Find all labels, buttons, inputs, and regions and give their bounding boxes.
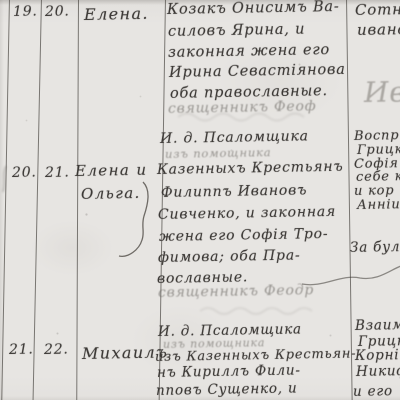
row2-number-male: 20. bbox=[12, 165, 37, 181]
row1-number-female: 20. bbox=[45, 4, 70, 20]
bleed-squiggle-2 bbox=[200, 303, 320, 317]
row1-entry-line: силовъ Ярина, и bbox=[168, 22, 305, 40]
row2-witness-line: За бул bbox=[350, 239, 400, 256]
column-line-5 bbox=[346, 0, 353, 400]
row1-witness-line: ивановъ bbox=[357, 20, 400, 39]
row3-witness-line: и его bbox=[353, 383, 393, 400]
row2-entry-line: Филиппъ Ивановъ bbox=[161, 182, 307, 201]
row2-number-female: 21. bbox=[45, 165, 70, 181]
row2-entry-line: изъ помощника bbox=[165, 145, 272, 161]
row2-entry-line: жена его Софія Тро- bbox=[159, 226, 329, 245]
row1-entry-line: Козакъ Онисимъ Ва- bbox=[167, 0, 340, 18]
row1-name: Елена. bbox=[84, 4, 149, 24]
row1-entry-line: законная жена его bbox=[168, 42, 330, 61]
row2-entry-line: И. д. Псаломщика bbox=[160, 128, 309, 147]
row3-entry-line: пповъ Сущенко, и bbox=[156, 381, 298, 399]
row1-priest-line: священникъ Феоф bbox=[168, 98, 317, 117]
row3-entry-line: изъ Казенныхъ Крестьян- bbox=[155, 346, 357, 365]
column-line-2 bbox=[32, 0, 42, 400]
row2-name-line: Елена и bbox=[75, 161, 148, 180]
row2-name-line: Ольга. bbox=[81, 184, 141, 203]
row3-number-female: 22. bbox=[44, 342, 69, 358]
row2-entry-line: Сивченко, и законная bbox=[158, 204, 336, 223]
row2-entry-line: фимова; оба Пра- bbox=[158, 248, 301, 266]
row3-witness-line: Корні bbox=[355, 347, 400, 364]
row1-witness-flourish: Ив bbox=[364, 75, 400, 109]
column-line-3 bbox=[76, 0, 79, 400]
row3-number-male: 21. bbox=[9, 342, 34, 358]
row1-entry-line: Ирина Севастіянова bbox=[169, 62, 346, 81]
row2-priest-line: священникъ Феодр bbox=[158, 282, 314, 301]
row1-number-male: 19. bbox=[13, 4, 38, 20]
row3-entry-line: нъ Кириллъ Фили- bbox=[157, 362, 301, 381]
column-line-1 bbox=[1, 0, 10, 400]
paper-speckles bbox=[0, 0, 1, 1]
row3-witness-line: Никиф bbox=[356, 363, 400, 380]
row1-witness-line: Сотник bbox=[355, 0, 400, 19]
scanned-register-page: 19. 20. Елена. Козакъ Онисимъ Ва- силовъ… bbox=[0, 0, 400, 400]
row2-entry-line: Казенныхъ Крестьянъ bbox=[157, 159, 344, 178]
row2-witness-line: Анніи bbox=[357, 197, 400, 213]
row3-witness-line: Взаим bbox=[355, 317, 400, 334]
